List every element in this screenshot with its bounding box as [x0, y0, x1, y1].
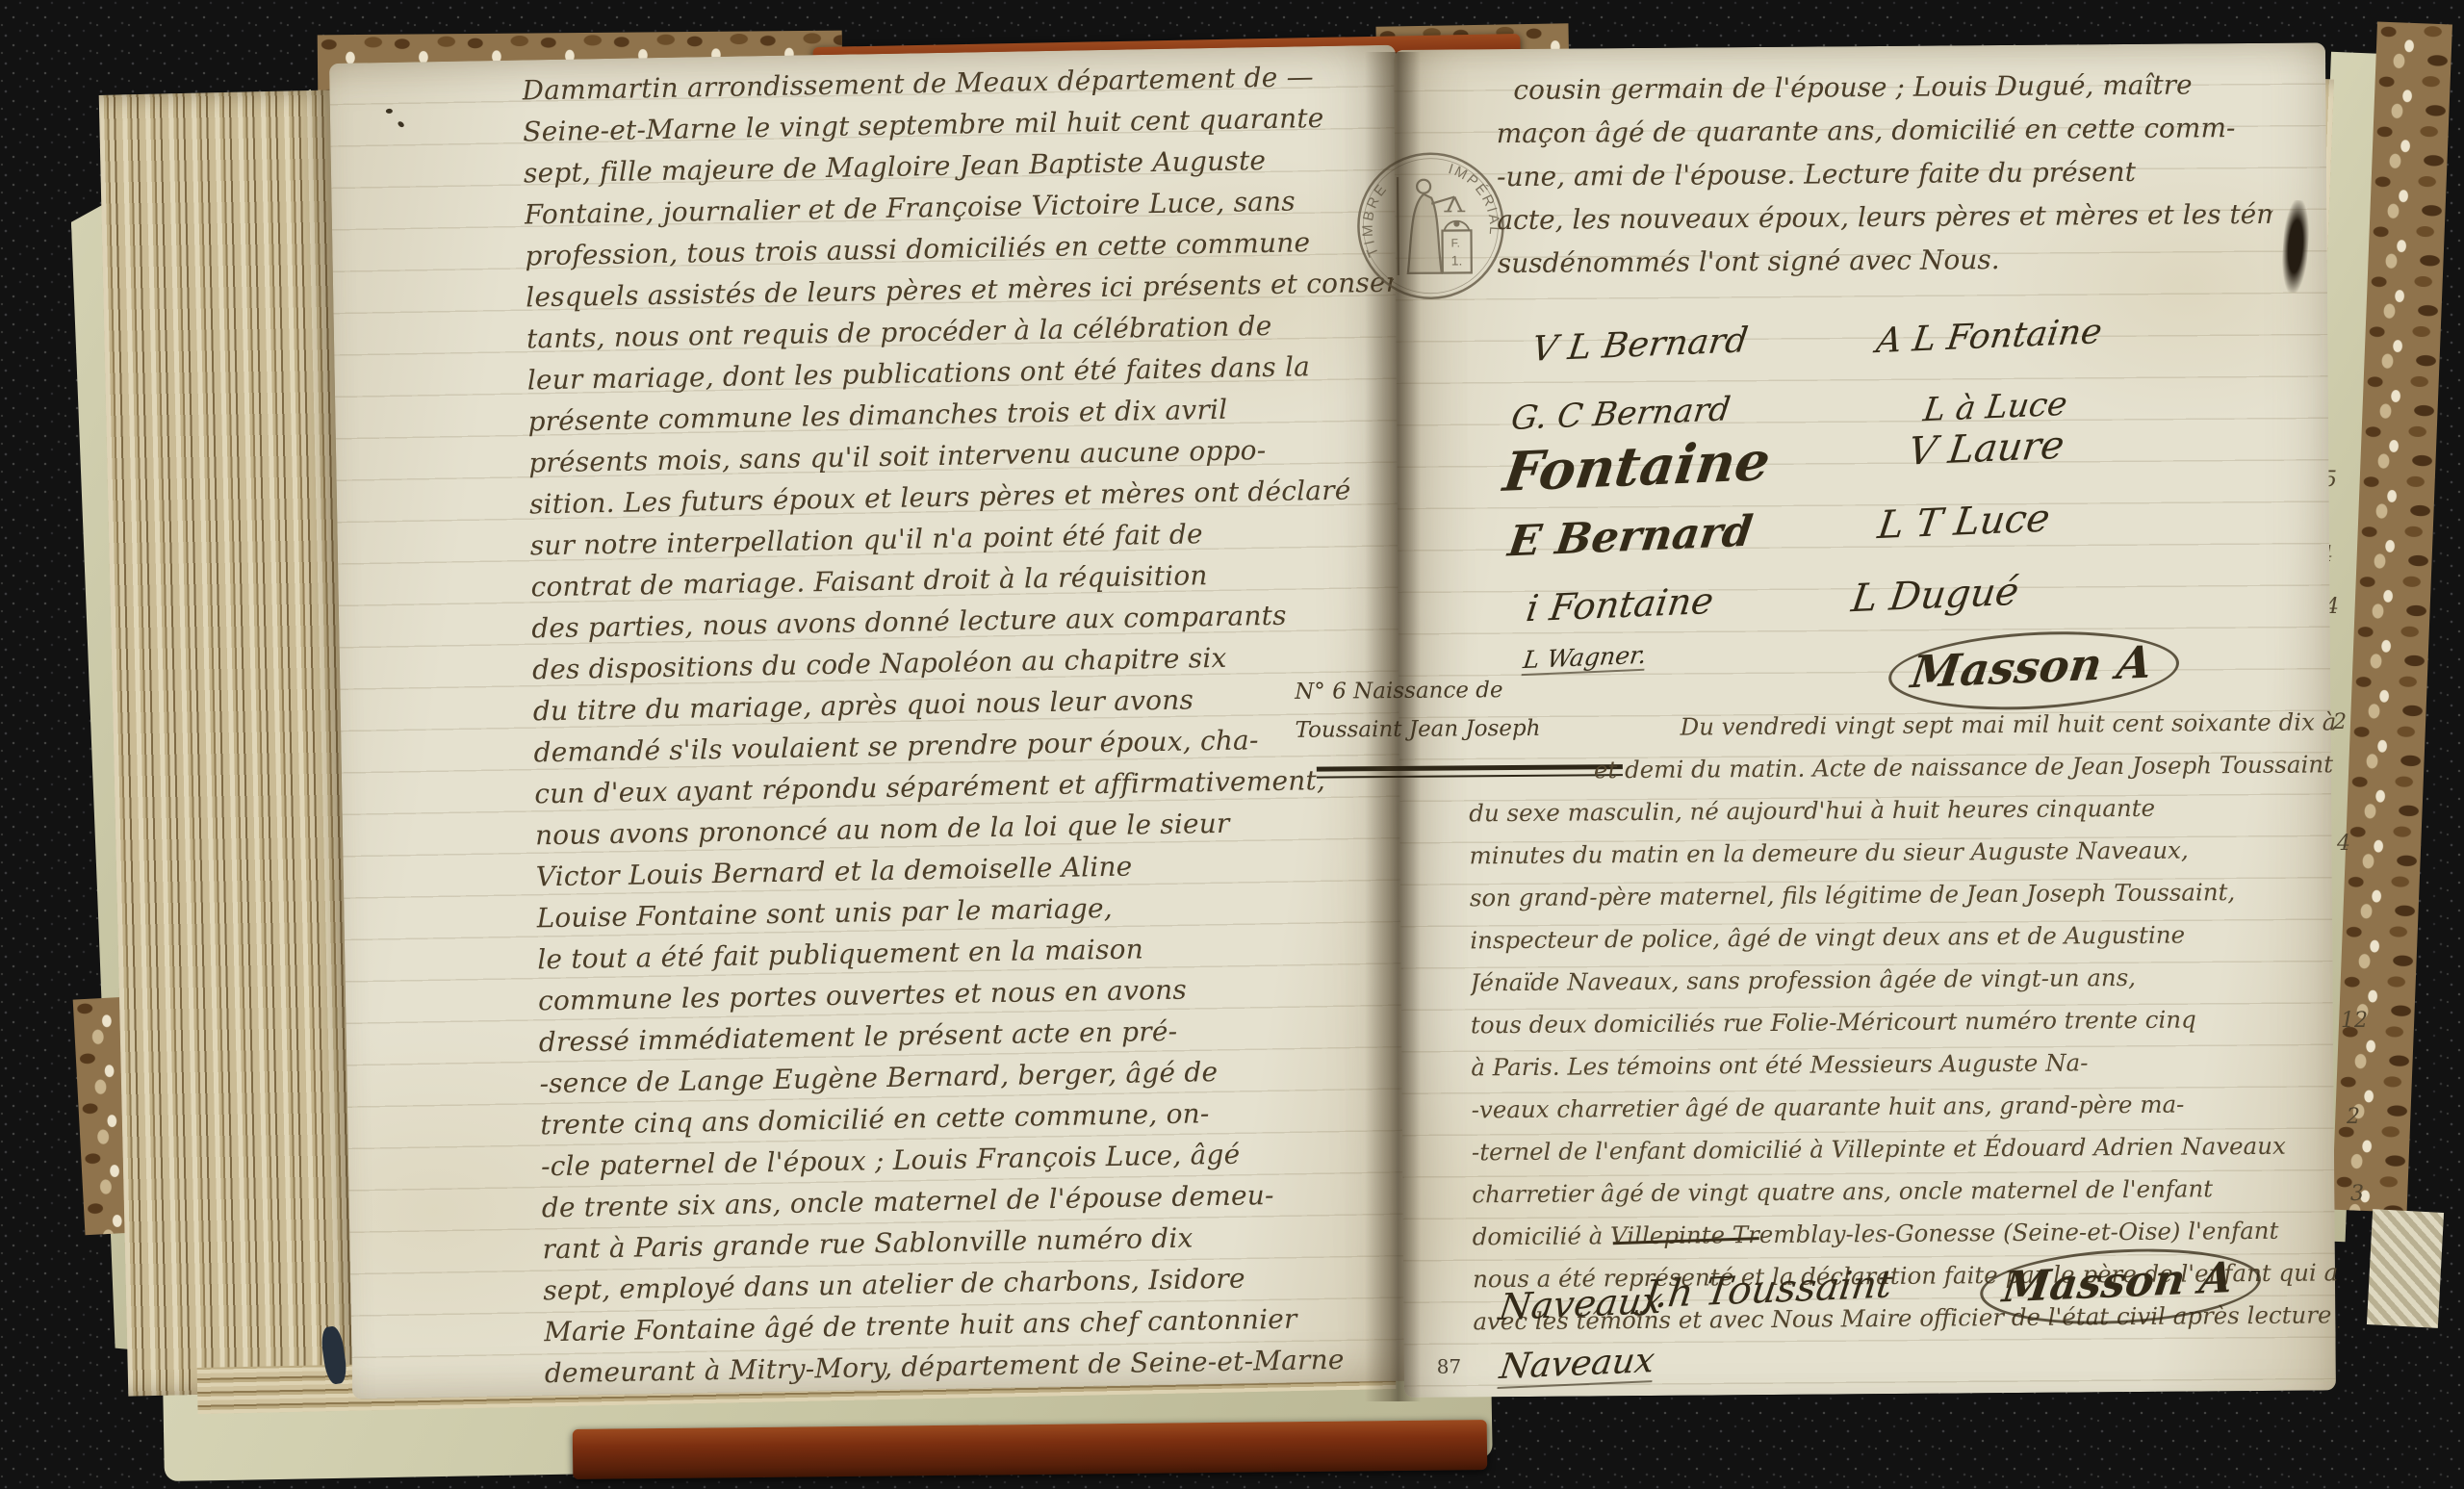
signature: Naveaux — [1497, 1341, 1656, 1389]
stamp-letter-f: F. — [1451, 236, 1460, 249]
stamp-letter-one: 1. — [1451, 252, 1463, 268]
page-edge-number: 2 — [2333, 710, 2347, 734]
manuscript-line: Jénaïde Naveaux, sans profession âgée de… — [1470, 955, 2336, 1004]
stamp-word-timbre: TIMBRE — [1359, 179, 1392, 259]
timbre-imperial-stamp: TIMBRE IMPÉRIAL F. 1. — [1352, 147, 1509, 304]
page-edge-number: 4 — [2337, 832, 2350, 856]
manuscript-line: -veaux charretier âgé de quarante huit a… — [1471, 1082, 2337, 1131]
book-cradle-bar-bottom — [573, 1420, 1487, 1479]
manuscript-line: cousin germain de l'épouse ; Louis Dugué… — [1496, 63, 2271, 112]
right-page: TIMBRE IMPÉRIAL F. 1. cousin germain — [1394, 42, 2336, 1398]
manuscript-line: charretier âgé de vingt quatre ans, oncl… — [1472, 1167, 2338, 1216]
signature: G. C Bernard — [1509, 390, 1732, 438]
signature: A L Fontaine — [1874, 312, 2104, 361]
left-page: Dammartin arrondissement de Meaux départ… — [329, 45, 1419, 1399]
manuscript-line: son grand-père maternel, fils légitime d… — [1470, 870, 2336, 919]
manuscript-line: domicilié à Villepinte Tremblay-les-Gone… — [1473, 1209, 2339, 1258]
manuscript-line: acte, les nouveaux époux, leurs pères et… — [1497, 193, 2272, 242]
page-number: 87 — [1437, 1354, 1462, 1377]
margin-note-number: N° 6 Naissance de — [1295, 671, 1540, 711]
signature: L Dugué — [1849, 570, 2021, 621]
binding-headband — [2367, 1209, 2444, 1328]
manuscript-line: Du vendredi vingt sept mai mil huit cent… — [1468, 701, 2334, 750]
marriage-act-closing-text: cousin germain de l'épouse ; Louis Dugué… — [1496, 63, 2273, 292]
page-edge-number: 2 — [2347, 1105, 2360, 1129]
manuscript-line: du sexe masculin, né aujourd'hui à huit … — [1469, 785, 2335, 834]
page-edge-number: 12 — [2341, 1009, 2368, 1033]
manuscript-line: susdénommés l'ont signé avec Nous. — [1498, 236, 2273, 285]
signature: L T Luce — [1875, 497, 2052, 549]
manuscript-line: inspecteur de police, âgé de vingt deux … — [1470, 912, 2336, 962]
signature: V Laure — [1906, 424, 2067, 475]
signature: Fontaine — [1500, 429, 1774, 504]
manuscript-line: -une, ami de l'épouse. Lecture faite du … — [1497, 149, 2272, 198]
manuscript-line: tous deux domiciliés rue Folie-Méricourt… — [1471, 997, 2337, 1046]
signature: Naveaux — [1497, 1279, 1665, 1328]
ink-speck — [397, 120, 405, 128]
manuscript-line: et demi du matin. Acte de naissance de J… — [1469, 743, 2335, 792]
signature: V L Bernard — [1529, 321, 1750, 370]
signature: L Wagner. — [1522, 641, 1649, 676]
signature: i Fontaine — [1524, 579, 1716, 629]
manuscript-line: à Paris. Les témoins ont été Messieurs A… — [1471, 1040, 2337, 1089]
ink-speck — [386, 109, 393, 114]
archive-photo-background: ut,uymaavenitignéint 4544241223 Dammarti… — [0, 0, 2464, 1489]
manuscript-line: maçon âgé de quarante ans, domicilié en … — [1497, 106, 2272, 155]
manuscript-line: minutes du matin en la demeure du sieur … — [1469, 828, 2335, 877]
marriage-act-text: Dammartin arrondissement de Meaux départ… — [522, 55, 1413, 1399]
svg-text:TIMBRE: TIMBRE — [1359, 179, 1392, 259]
left-page-stack-edges — [99, 90, 368, 1396]
signature: L à Luce — [1921, 385, 2069, 429]
signature: E Bernard — [1505, 507, 1756, 567]
page-edge-number: 3 — [2350, 1182, 2364, 1206]
manuscript-line: -ternel de l'enfant domicilié à Villepin… — [1472, 1124, 2338, 1173]
